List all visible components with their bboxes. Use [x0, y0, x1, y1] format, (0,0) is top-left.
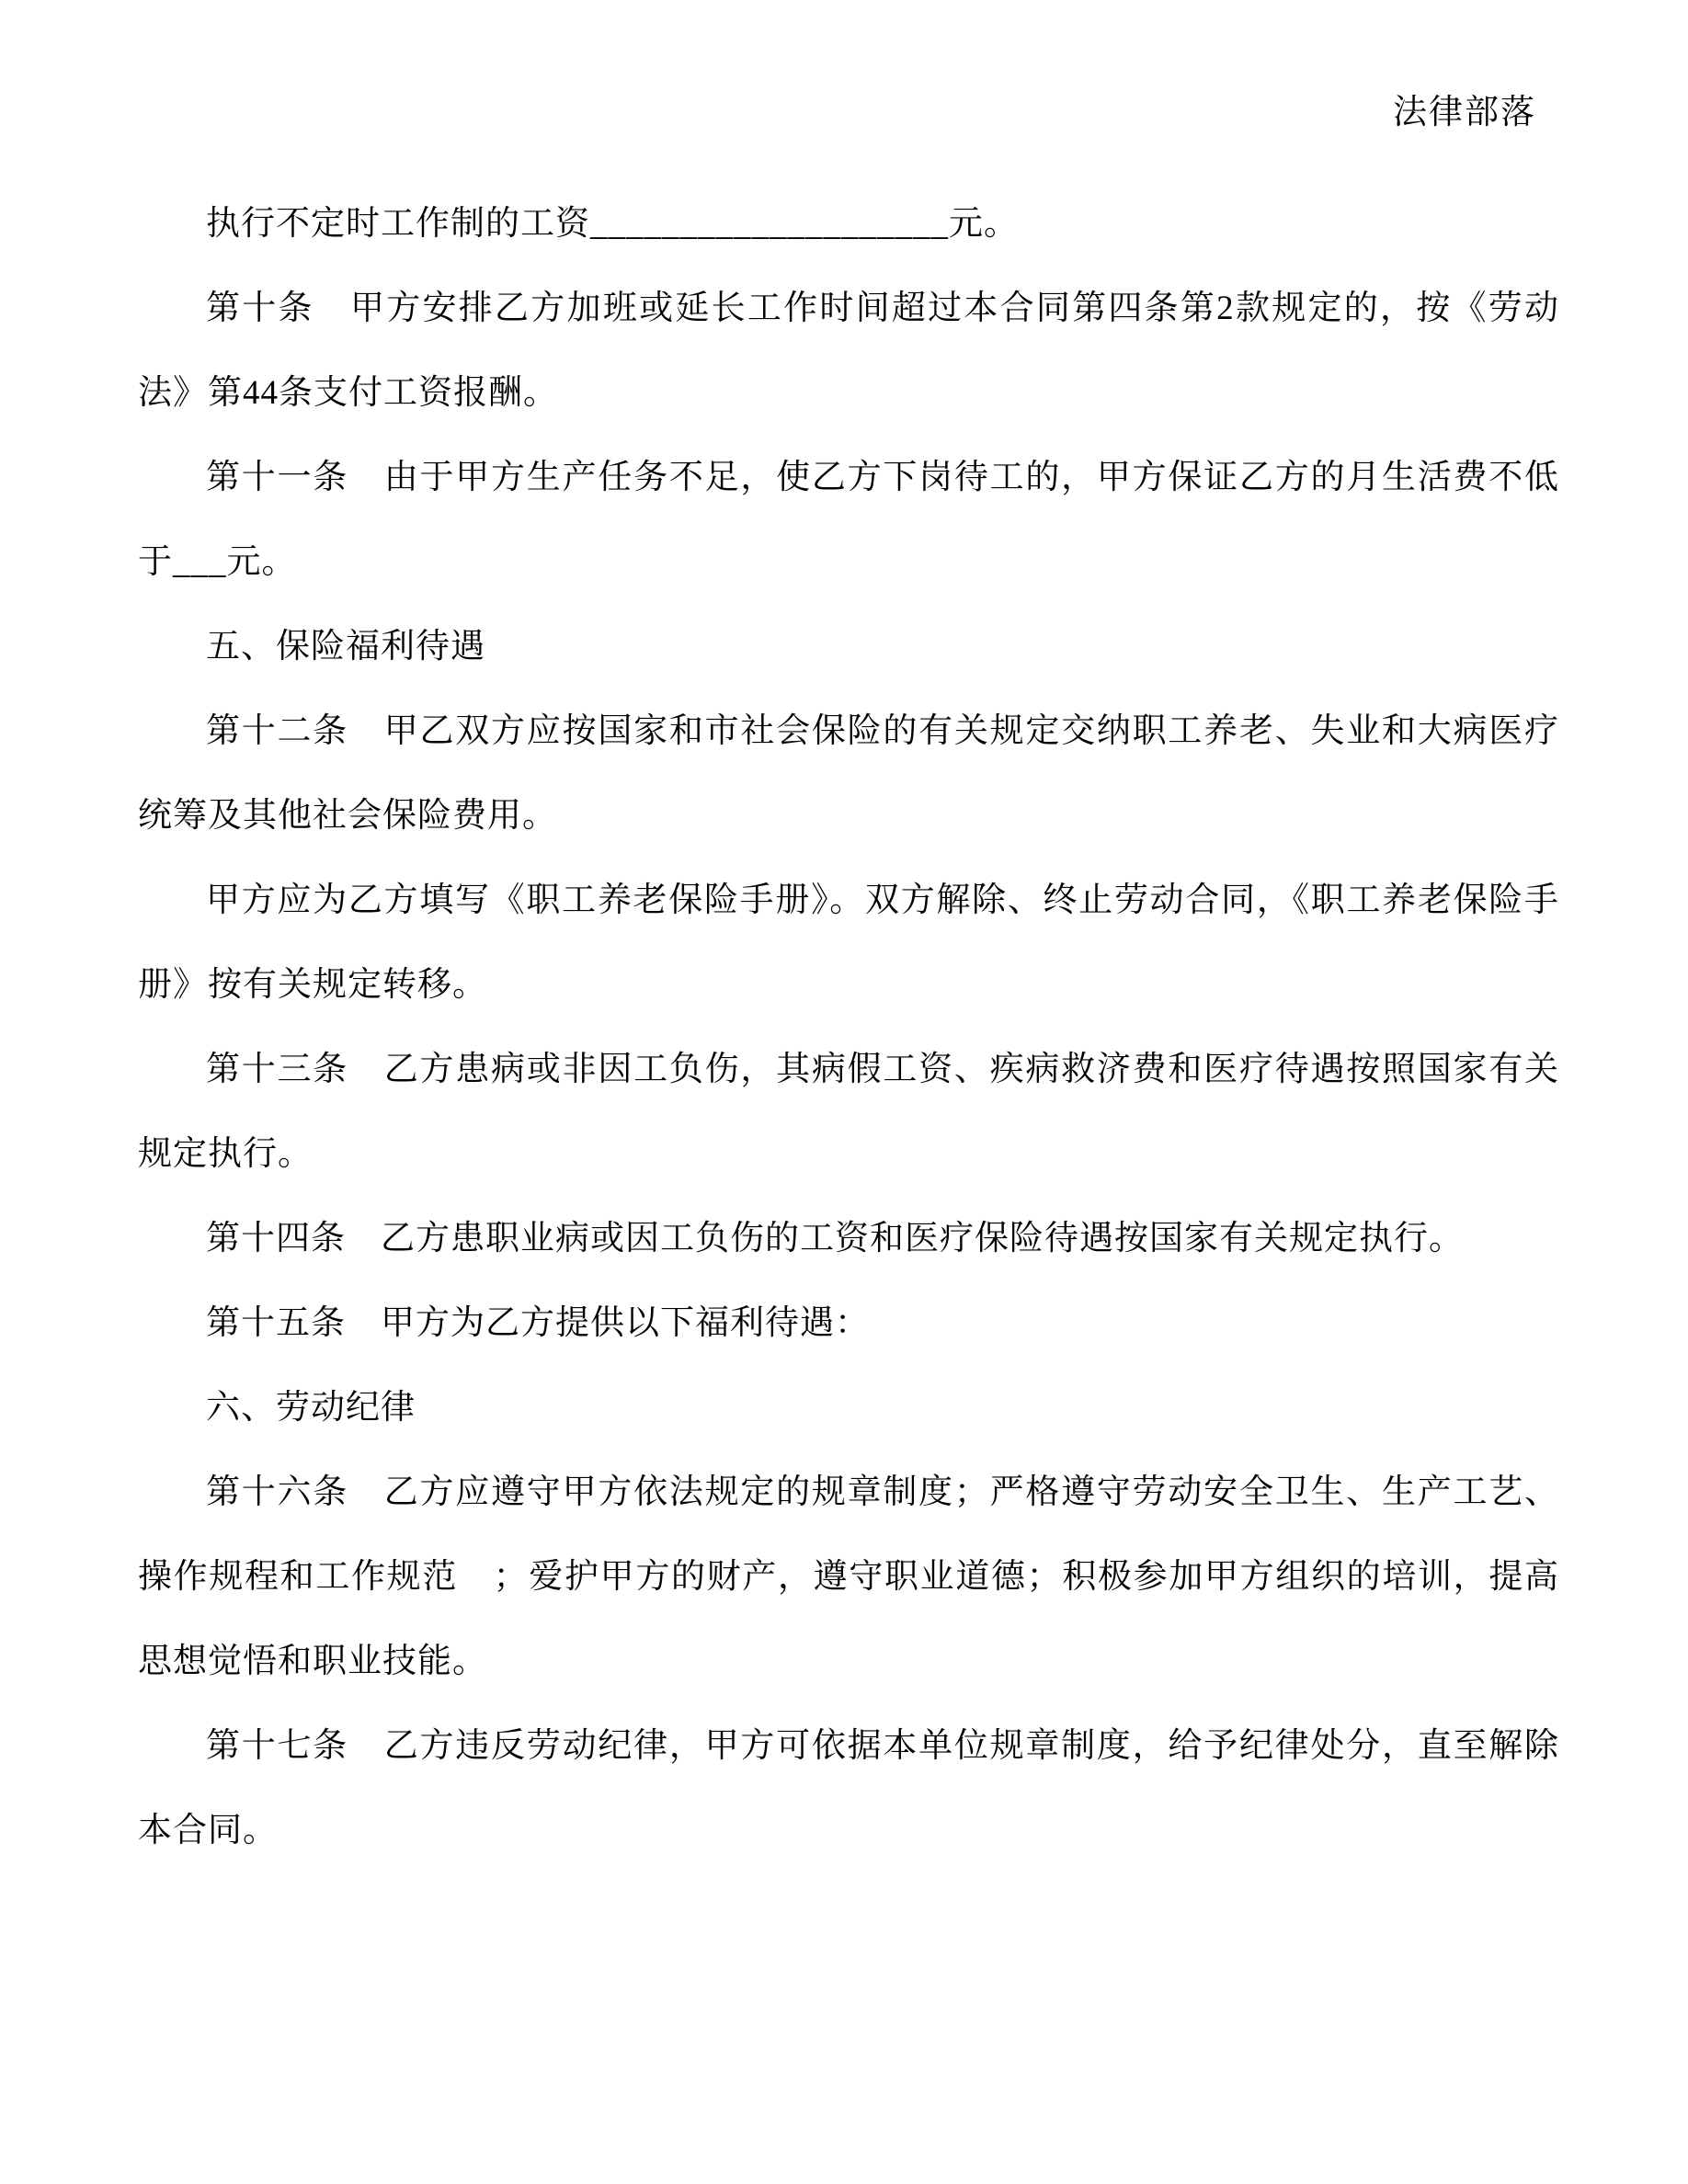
contract-paragraph: 第十七条 乙方违反劳动纪律，甲方可依据本单位规章制度，给予纪律处分，直至解除本合…: [138, 1704, 1559, 1873]
contract-paragraph: 六、劳动纪律: [138, 1366, 1559, 1450]
contract-paragraph: 第十条 甲方安排乙方加班或延长工作时间超过本合同第四条第2款规定的，按《劳动法》…: [138, 267, 1559, 436]
contract-paragraph: 甲方应为乙方填写《职工养老保险手册》。双方解除、终止劳动合同，《职工养老保险手册…: [138, 859, 1559, 1028]
contract-paragraph: 第十三条 乙方患病或非因工负伤，其病假工资、疾病救济费和医疗待遇按照国家有关规定…: [138, 1028, 1559, 1197]
contract-paragraph: 第十五条 甲方为乙方提供以下福利待遇：: [138, 1281, 1559, 1366]
site-watermark: 法律部落: [138, 92, 1536, 134]
contract-body: 执行不定时工作制的工资____________________元。第十条 甲方安…: [138, 182, 1559, 1873]
contract-paragraph: 第十一条 由于甲方生产任务不足，使乙方下岗待工的，甲方保证乙方的月生活费不低于_…: [138, 436, 1559, 605]
contract-paragraph: 执行不定时工作制的工资____________________元。: [138, 182, 1559, 267]
contract-paragraph: 第十六条 乙方应遵守甲方依法规定的规章制度；严格遵守劳动安全卫生、生产工艺、操作…: [138, 1450, 1559, 1704]
contract-paragraph: 第十四条 乙方患职业病或因工负伤的工资和医疗保险待遇按国家有关规定执行。: [138, 1197, 1559, 1281]
contract-paragraph: 五、保险福利待遇: [138, 605, 1559, 689]
document-page: 法律部落 执行不定时工作制的工资____________________元。第十…: [0, 0, 1688, 2184]
contract-paragraph: 第十二条 甲乙双方应按国家和市社会保险的有关规定交纳职工养老、失业和大病医疗统筹…: [138, 689, 1559, 859]
